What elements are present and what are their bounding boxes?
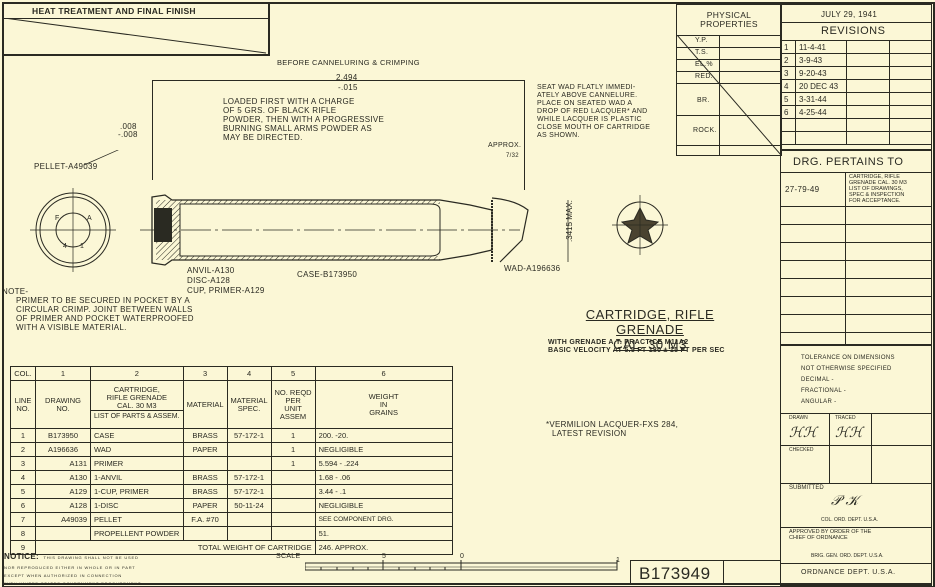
pertains-description: CARTRIDGE, RIFLEGRENADE CAL. 30 M3LIST O… (849, 174, 907, 204)
pertains-number: 27-79-49 (785, 186, 819, 194)
parts-table: COL.123456 LINE NO. DRAWING NO. CARTRIDG… (10, 366, 453, 555)
headstamp-4: 4 (63, 243, 67, 251)
drawing-title: CARTRIDGE, RIFLE GRENADE (550, 307, 750, 337)
tolerance-text: TOLERANCE ON DIMENSIONSNOT OTHERWISE SPE… (801, 353, 895, 408)
pertains-block: DRG. PERTAINS TO 27-79-49 CARTRIDGE, RIF… (780, 149, 932, 346)
table-row: 4A1301-ANVILBRASS57-172-11.68 - .06 (11, 471, 453, 485)
drawn-label: DRAWN (789, 415, 808, 421)
checked-label: CHECKED (789, 447, 813, 453)
heat-treatment-block: HEAT TREATMENT AND FINAL FINISH (2, 2, 270, 56)
table-row: 8PROPELLENT POWDER51. (11, 527, 453, 541)
scale-bar (305, 560, 625, 576)
disc-callout: DISC-A128 (187, 276, 230, 285)
table-row: 6A1281-DISCPAPER50-11-24NEGLIGIBLE (11, 499, 453, 513)
revisions-table: 111-4-41 23-9-43 39-20-43 420 DEC 43 53-… (780, 40, 932, 145)
approx-label: APPROX. (488, 142, 521, 150)
revision-row: 64-25-44 (781, 106, 932, 119)
rim-tolerance-minus: -.008 (118, 130, 138, 139)
table-row: 1B173950CASEBRASS57-172-11200. -20. (11, 429, 453, 443)
headstamp-F: F (55, 215, 60, 223)
void-diagonal (4, 18, 268, 54)
length-tolerance: -.015 (338, 83, 358, 92)
approved-label: APPROVED BY ORDER OF THECHIEF OF ORDNANC… (789, 529, 871, 541)
title-line1: WITH GRENADE A.T. PRACTICE M11A2 (548, 339, 688, 347)
traced-signature: ℋℋ (835, 425, 863, 441)
notice-block: NOTICE: THIS DRAWING SHALL NOT BE USED N… (4, 546, 141, 587)
traced-label: TRACED (835, 415, 856, 421)
case-callout: CASE-B173950 (297, 270, 357, 279)
revision-row: 39-20-43 (781, 67, 932, 80)
revision-row: 53-31-44 (781, 93, 932, 106)
svg-text:.3415 MAX.: .3415 MAX. (565, 200, 574, 242)
primer-note: NOTE- PRIMER TO BE SECURED IN POCKET BY … (2, 287, 194, 332)
revision-row: 23-9-43 (781, 54, 932, 67)
physical-properties-title: PHYSICAL PROPERTIES (697, 11, 761, 29)
submitted-title: COL. ORD. DEPT. U.S.A. (821, 517, 878, 523)
wad-callout: WAD-A196636 (504, 264, 560, 273)
pellet-callout: PELLET-A49039 (34, 162, 98, 171)
vermilion-note: *VERMILION LACQUER-FXS 284, LATEST REVIS… (546, 420, 678, 438)
table-row: 7A49039PELLETF.A. #70SEE COMPONENT DRG. (11, 513, 453, 527)
headstamp-1: 1 (80, 243, 84, 251)
approved-title: BRIG. GEN. ORD. DEPT. U.S.A. (811, 553, 884, 559)
before-cannelure-label: BEFORE CANNELURING & CRIMPING (277, 58, 420, 67)
tolerance-block: TOLERANCE ON DIMENSIONSNOT OTHERWISE SPE… (780, 344, 932, 586)
revision-row: 420 DEC 43 (781, 80, 932, 93)
headstamp-A: A (87, 215, 92, 223)
submitted-signature: 𝒫 𝒦 (831, 493, 859, 509)
drawing-number-box: B173949 (630, 560, 724, 585)
cartridge-section-drawing: .3415 MAX. (0, 150, 700, 280)
heat-treatment-label: HEAT TREATMENT AND FINAL FINISH (32, 7, 196, 16)
revisions-title: REVISIONS (821, 25, 885, 37)
physical-properties-block: PHYSICAL PROPERTIES Y.P. T.S. EL.% RED. … (676, 4, 782, 156)
drawing-number: B173949 (639, 564, 711, 584)
loading-note: LOADED FIRST WITH A CHARGE OF 5 GRS. OF … (223, 97, 384, 142)
drawn-signature: ℋℋ (789, 425, 817, 441)
table-row: 5A1291-CUP, PRIMERBRASS57-172-13.44 - .1 (11, 485, 453, 499)
cup-callout: CUP, PRIMER-A129 (187, 286, 265, 295)
ordnance-dept: ORDNANCE DEPT. U.S.A. (801, 569, 896, 576)
anvil-callout: ANVIL-A130 (187, 266, 234, 275)
length-dim-line (152, 80, 524, 81)
wad-note: SEAT WAD FLATLY IMMEDI- ATELY ABOVE CANN… (537, 84, 650, 140)
scale-label: SCALE (276, 553, 300, 561)
pertains-title: DRG. PERTAINS TO (793, 156, 904, 168)
revisions-block: JULY 29, 1941 REVISIONS 111-4-41 23-9-43… (780, 4, 932, 151)
submitted-label: SUBMITTED (789, 485, 824, 491)
table-row: 2A196636WADPAPER1NEGLIGIBLE (11, 443, 453, 457)
title-line2: BASIC VELOCITY AT 5.5 FT 180 ± 15 FT PER… (548, 347, 725, 355)
drawing-date: JULY 29, 1941 (821, 10, 877, 19)
revision-row: 111-4-41 (781, 41, 932, 54)
table-row: 3A131PRIMER15.594 - .224 (11, 457, 453, 471)
